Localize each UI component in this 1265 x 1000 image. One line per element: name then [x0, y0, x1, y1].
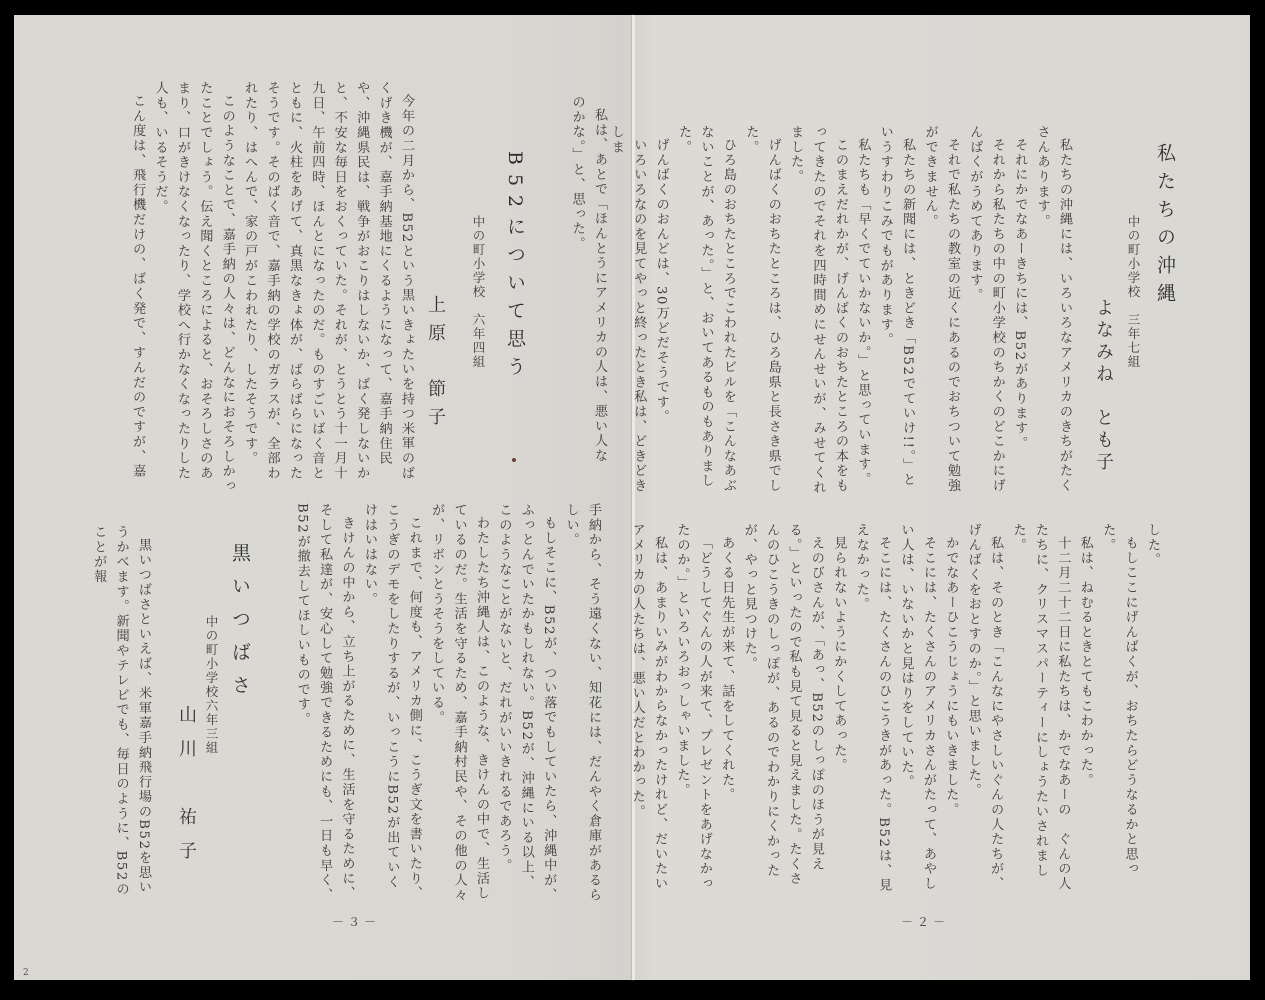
paragraph: げんばくのおちたところは、ひろ島県と長さき県でした。 [739, 125, 784, 495]
article-title-b52: B52について思う [502, 151, 529, 384]
paragraph: 私は、あまりいみがわからなかったけれど、だいたいアメリカの人たちは、悪い人だとわ… [625, 523, 670, 898]
paragraph: これまで、何度も、アメリカ側に、こうぎ文を書いたり、こうぎのデモをしたりするが、… [358, 503, 425, 903]
paragraph: このようなことで、嘉手納の人々は、どんなにおそろしかったことでしょう。伝え聞くと… [148, 81, 238, 494]
article-school-wings: 中の町小学校六年三組 [202, 615, 220, 755]
paragraph: 十二月二十二日に私たちは、かでなあーの ぐんの人たちに、クリスマスパーティーにし… [1006, 523, 1073, 898]
paragraph: 見られないようにかくしてあった。 [827, 523, 849, 898]
page-number-3: －３－ [332, 913, 380, 930]
paragraph: それから私たちの中の町小学校のちかくのどこかにげんばくがうめてあります。 [963, 125, 1008, 495]
paragraph: このまえだれかが、げんばくのおちたところの本をもってきたのでそれを四時間めにせん… [784, 125, 851, 495]
article-school-okinawa: 中の町小学校 三年七組 [1124, 215, 1142, 369]
paragraph: もしここにげんばくが、おちたらどうなるかと思った。 [1096, 523, 1141, 898]
page-2: 私たちの沖縄 中の町小学校 三年七組 よなみね とも子 私たちの沖縄には、いろい… [635, 15, 1250, 980]
article-author-wings: 山川 祐子 [173, 705, 199, 875]
paragraph: それで私たちの教室の近くにあるのでおちついて勉強ができません。 [918, 125, 963, 495]
article-author-b52: 上原 節子 [422, 295, 448, 435]
paragraph: げんばくのおんどは、30万どだそうです。 [649, 125, 671, 495]
article-title-okinawa: 私たちの沖縄 [1152, 143, 1179, 311]
article-b52-lower-text: 手納から、そう遠くない、知花には、だんやく倉庫があるらしい。もしそこに、B52が… [290, 503, 604, 903]
article-title-wings: 黒いつばさ [227, 543, 254, 708]
paragraph: かでなあーひこうじょうにもいきました。 [939, 523, 961, 898]
paragraph: 「どうしてぐんの人が来て、プレゼントをあげなかったのか。」といろいろおっしゃいま… [670, 523, 715, 898]
paragraph: えのびさんが、「あっ、B52のしっぽのほうが見える。」といったので私も見て見ると… [737, 523, 827, 898]
paragraph: 私たちの新聞には、ときどき「B52でていけ!!。」というすわりこみでもがあります… [873, 125, 918, 495]
paragraph: 私は、あとで「ほんとうにアメリカの人は、悪い人なのかな。」と、思った。 [565, 95, 610, 475]
paragraph: 私は、そのとき「こんなにやさしいぐんの人たちが、げんばくをおとすのか。」と思いま… [961, 523, 1006, 898]
paragraph: した。 [1141, 523, 1163, 898]
article-okinawa-lower-text: した。もしここにげんばくが、おちたらどうなるかと思った。私は、ねむるときとてもこ… [625, 523, 1163, 898]
booklet-spread: 私は、あとで「ほんとうにアメリカの人は、悪い人なのかな。」と、思った。 B52に… [14, 15, 1250, 980]
paragraph: もしそこに、B52が、つい落でもしていたら、沖縄中が、ふっとんでいたかもしれない… [492, 503, 559, 903]
paragraph: 私たちの沖縄には、いろいろなアメリカのきちがたくさんあります。 [1030, 125, 1075, 495]
article-wings-text: 黒いつばさといえば、米軍嘉手納飛行場のB52を思いうかべます。新聞やテレビでも、… [104, 525, 154, 905]
continuation-text: 私は、あとで「ほんとうにアメリカの人は、悪い人なのかな。」と、思った。 [565, 95, 610, 475]
page-number-2: －２－ [901, 913, 949, 930]
paragraph: そこには、たくさんのアメリカさんがたって、あやしい人は、いないかと見はりをしてい… [894, 523, 939, 898]
paragraph: 私は、ねむるときとてもこわかった。 [1073, 523, 1095, 898]
article-okinawa-upper-text: 私たちの沖縄には、いろいろなアメリカのきちがたくさんあります。それにかでなあーき… [604, 125, 1075, 495]
paragraph: わたしたち沖縄人は、このような、きけんの中で、生活しているのだ。生活を守るため、… [425, 503, 492, 903]
paragraph: あくる日先生が来て、話をしてくれた。 [715, 523, 737, 898]
ink-dot [512, 458, 516, 462]
page-3: 私は、あとで「ほんとうにアメリカの人は、悪い人なのかな。」と、思った。 B52に… [14, 15, 632, 980]
paragraph: 黒いつばさといえば、米軍嘉手納飛行場のB52を思いうかべます。新聞やテレビでも、… [87, 525, 154, 905]
article-b52-upper-text: 今年の二月から、B52という黒いきょたいを持つ米軍のばくげき機が、嘉手納基地にく… [126, 81, 417, 494]
paragraph: 今年の二月から、B52という黒いきょたいを持つ米軍のばくげき機が、嘉手納基地にく… [238, 81, 417, 494]
paragraph: ひろ島のおちたところでこわれたビルを「こんなあぶないことが、あった。」と、おいて… [672, 125, 739, 495]
corner-mark: 2 [23, 968, 29, 978]
paragraph: こん度は、飛行機だけの、ばく発で、すんだのですが、嘉 [126, 81, 148, 494]
paragraph: それにかでなあーきちには、B52があります。 [1008, 125, 1030, 495]
article-author-okinawa: よなみね とも子 [1090, 298, 1116, 474]
paragraph: そこには、たくさんのひこうきがあった。B52は、見えなかった。 [849, 523, 894, 898]
paragraph: きけんの中から、立ち上がるために、生活を守るために、そして私達が、安心して勉強で… [290, 503, 357, 903]
paragraph: いろいろなのを見てやっと終ったとき私は、どきどきしま [604, 125, 649, 495]
article-school-b52: 中の町小学校 六年四組 [469, 215, 487, 369]
paragraph: 手納から、そう遠くない、知花には、だんやく倉庫があるらしい。 [559, 503, 604, 903]
paragraph: 私たちも「早くでていかないか。」と思っています。 [851, 125, 873, 495]
